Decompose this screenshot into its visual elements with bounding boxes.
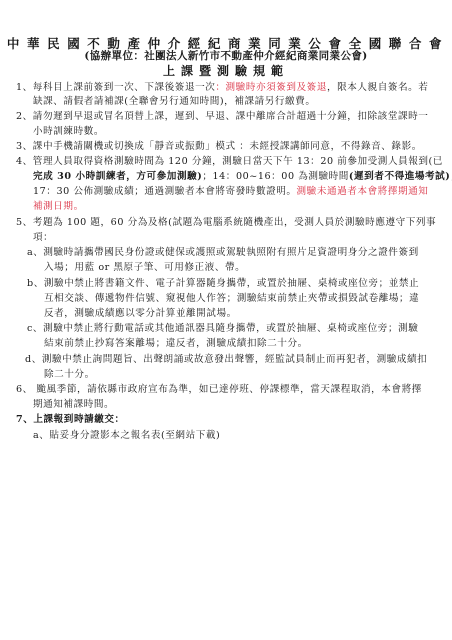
rule-4-late-notice: (遲到者不得進場考試) bbox=[349, 171, 450, 182]
rule-2-line-1: 2、請勿遲到早退或冒名頂替上課，遲到、早退、課中離席合計超過十分鐘，扣除該堂課時… bbox=[16, 110, 428, 123]
rule-4-exam-time: ；14：00~16：00 為測驗時間 bbox=[202, 171, 349, 182]
rule-2-line-2: 小時訓練時數。 bbox=[33, 125, 104, 138]
section-heading: 上課暨測驗規範 bbox=[0, 64, 452, 78]
rule-4-line-3: 17：30 公佈測驗成績；通過測驗者本會將寄發時數證明。測驗未通過者本會將擇期通… bbox=[33, 185, 428, 198]
rule-4-results: 17：30 公佈測驗成績；通過測驗者本會將寄發時數證明。 bbox=[33, 186, 297, 197]
rule-5-line-2: 項： bbox=[33, 231, 53, 244]
rule-4-bold-requirement: 完成 30 小時訓練者，方可參加測驗) bbox=[33, 171, 202, 182]
rule-7-line-1: 7、上課報到時請繳交： bbox=[16, 413, 125, 426]
rule-3-line-1: 3、課中手機請關機或切換成「靜音或振動」模式 ：未經授課講師同意，不得錄音、錄影… bbox=[16, 140, 422, 153]
rule-1-text: 1、每科目上課前簽到一次、下課後簽退一次 bbox=[16, 82, 215, 93]
rule-1-line-1: 1、每科目上課前簽到一次、下課後簽退一次：測驗時亦須簽到及簽退，限本人親自簽名。… bbox=[16, 81, 428, 94]
rule-5d-line-1: d、測驗中禁止詢問題旨、出聲朗誦或故意發出聲響，經監試員制止而再犯者，測驗成績扣 bbox=[25, 353, 427, 366]
document-page: 中華民國不動產仲介經紀商業同業公會全國聯合會 (協辦單位：社團法人新竹市不動產仲… bbox=[0, 0, 452, 640]
rule-7a-line-1: a、貼妥身分證影本之報名表(至網站下載) bbox=[33, 429, 220, 442]
document-title: 中華民國不動產仲介經紀商業同業公會全國聯合會 bbox=[0, 37, 452, 51]
rule-4-line-4: 補測日期。 bbox=[33, 200, 84, 213]
rule-5c-line-2: 結束前禁止抄寫答案離場；違反者，測驗成績扣除二十分。 bbox=[44, 337, 308, 350]
rule-1-highlight: ：測驗時亦須簽到及簽退 bbox=[215, 82, 327, 93]
rule-4-line-1: 4、管理人員取得資格測驗時間為 120 分鐘，測驗日當天下午 13：20 前參加… bbox=[16, 155, 443, 168]
rule-6-line-2: 期通知補課時間。 bbox=[33, 398, 114, 411]
rule-5b-line-2: 互相交談、傳遞物件信號、窺視他人作答；測驗結束前禁止夾帶或損毀試卷離場；違 bbox=[44, 292, 419, 305]
rule-5a-line-1: a、測驗時請攜帶國民身份證或健保或護照或駕駛執照附有照片足資證明身分之證件簽到 bbox=[27, 246, 419, 259]
rule-5d-line-2: 除二十分。 bbox=[44, 368, 95, 381]
rule-5b-line-3: 反者，測驗成績應以零分計算並離開試場。 bbox=[44, 307, 237, 320]
rule-5a-line-2: 入場；用藍 or 黑原子筆、可用修正液、帶。 bbox=[44, 261, 245, 274]
rule-4-retest-notice: 測驗未通過者本會將擇期通知 bbox=[297, 186, 429, 197]
rule-6-line-1: 6、 颱風季節，請依縣市政府宣布為準，如已達停班、停課標準，當天課程取消，本會將… bbox=[16, 383, 422, 396]
rule-1-line-2: 缺課、請假者請補課(全聯會另行通知時間)，補課請另行繳費。 bbox=[33, 95, 315, 108]
rule-4-line-2: 完成 30 小時訓練者，方可參加測驗)；14：00~16：00 為測驗時間(遲到… bbox=[33, 170, 452, 183]
rule-5-line-1: 5、考題為 100 題，60 分為及格(試題為電腦系統隨機產出，受測人員於測驗時… bbox=[16, 216, 436, 229]
document-subtitle: (協辦單位：社團法人新竹市不動產仲介經紀商業同業公會) bbox=[0, 50, 452, 63]
rule-5b-line-1: b、測驗中禁止將書籍文件、電子計算器隨身攜帶，或置於抽屜、桌椅或座位旁；並禁止 bbox=[27, 277, 419, 290]
rule-1-text-cont: ，限本人親自簽名。若 bbox=[327, 82, 428, 93]
rule-5c-line-1: c、測驗中禁止將行動電話或其他通訊器具隨身攜帶，或置於抽屜、桌椅或座位旁；測驗 bbox=[27, 322, 418, 335]
